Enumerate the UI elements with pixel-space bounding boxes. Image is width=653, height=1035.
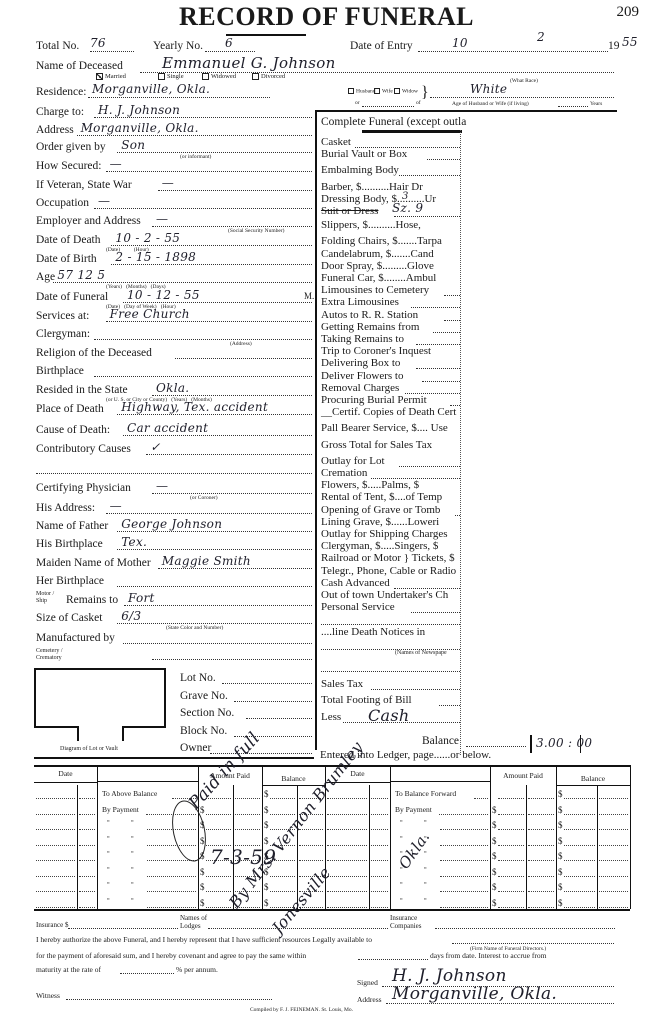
field-label: Services at: <box>36 310 89 322</box>
charge-item: Slippers, $..........Hose, <box>321 219 421 231</box>
charge-item: Autos to R. R. Station <box>321 309 418 321</box>
entry-year-prefix: 19 <box>608 40 620 52</box>
marital-married[interactable]: Married <box>96 73 126 80</box>
dollar-sign: $ <box>200 867 205 877</box>
charge-item: Folding Chairs, $.......Tarpa <box>321 235 442 247</box>
charge-item: Opening of Grave or Tomb <box>321 504 440 516</box>
ditto-mark: " <box>424 898 427 905</box>
dollar-sign: $ <box>558 836 563 846</box>
field-value[interactable]: — <box>110 157 122 171</box>
entry-month[interactable]: 10 <box>452 36 468 50</box>
field-value[interactable]: Car accident <box>127 421 208 435</box>
field-label: Certifying Physician <box>36 482 131 494</box>
race-label: (What Race) <box>510 78 538 84</box>
marital-divorced[interactable]: Divorced <box>252 73 285 80</box>
ditto-mark: " <box>400 898 403 905</box>
field-value[interactable]: — <box>110 499 122 513</box>
yearly-no-value[interactable]: 6 <box>225 36 233 50</box>
entry-day[interactable]: 2 <box>537 30 545 44</box>
charge-item: Trip to Coroner's Inquest <box>321 345 431 357</box>
field-value[interactable]: Free Church <box>110 307 190 321</box>
charge-item: Procuring Burial Permit <box>321 394 427 406</box>
field-input-line[interactable] <box>94 208 312 209</box>
charge-item: Burial Vault or Box <box>321 148 407 160</box>
date-of-entry-label: Date of Entry <box>350 40 413 52</box>
ditto-mark: " <box>424 882 427 889</box>
field-suffix: M. <box>304 291 314 301</box>
lot-field-input[interactable] <box>234 701 312 702</box>
field-hint: (Address) <box>230 341 252 347</box>
field-input-line[interactable] <box>152 226 312 227</box>
charge-item: __Certif. Copies of Death Cert <box>321 406 456 418</box>
field-value[interactable]: — <box>98 194 110 208</box>
entry-year-suffix[interactable]: 55 <box>622 35 638 49</box>
charge-item: Railroad or Motor } Tickets, $ <box>321 552 455 564</box>
field-value[interactable]: 57 12 5 <box>57 268 105 282</box>
field-value[interactable]: — <box>156 212 168 226</box>
field-input-line[interactable] <box>36 473 312 474</box>
field-label: If Veteran, State War <box>36 179 132 191</box>
charge-item: Outlay for Shipping Charges <box>321 528 448 540</box>
charge-item: Clergyman, $.....Singers, $ <box>321 540 438 552</box>
field-input-line[interactable] <box>152 493 312 494</box>
dollar-sign: $ <box>558 789 563 799</box>
marital-widowed[interactable]: Widowed <box>202 73 236 80</box>
residence-label: Residence: <box>36 86 86 98</box>
charge-item: Suit or Dress <box>321 205 378 217</box>
field-input-line[interactable] <box>117 414 312 415</box>
percent-text: % per annum. <box>176 965 218 974</box>
field-label: Religion of the Deceased <box>36 347 152 359</box>
field-input-line[interactable] <box>123 643 312 644</box>
charge-item: Embalming Body <box>321 164 399 176</box>
ditto-mark: " <box>107 836 110 843</box>
field-input-line[interactable] <box>117 549 312 550</box>
ditto-mark: " <box>107 867 110 874</box>
field-input-line[interactable] <box>175 358 312 359</box>
field-value[interactable]: 10 - 2 - 55 <box>115 231 180 245</box>
insurance-label: Insurance $ <box>36 921 68 929</box>
charge-item: Sales Tax <box>321 678 363 690</box>
charge-item: Cash Advanced <box>321 577 390 589</box>
lot-field-input[interactable] <box>222 683 312 684</box>
charge-item: Funeral Car, $........Ambul <box>321 272 436 284</box>
field-label: Charge to: <box>36 106 84 118</box>
field-label: Age <box>36 271 55 283</box>
brace: } <box>421 84 429 102</box>
ditto-mark: " <box>424 820 427 827</box>
field-label: Address <box>36 124 74 136</box>
charge-item: Less <box>321 711 341 723</box>
field-input-line[interactable] <box>94 339 312 340</box>
charge-item: Flowers, $.....Palms, $ <box>321 479 419 491</box>
total-no-value[interactable]: 76 <box>90 36 106 50</box>
maturity-text: maturity at the rate of <box>36 965 101 974</box>
charge-item: ....line Death Notices in <box>321 626 425 638</box>
race-value[interactable]: White <box>470 82 507 96</box>
field-hint: (Social Security Number) <box>228 228 285 234</box>
field-label: Birthplace <box>36 365 84 377</box>
charge-item: Deliver Flowers to <box>321 370 403 382</box>
authorize-text: I hereby authorize the above Funeral, an… <box>36 935 372 944</box>
charge-item: Rental of Tent, $....of Temp <box>321 491 442 503</box>
dollar-sign: $ <box>264 789 269 799</box>
field-label: Cemetery / Crematory <box>36 648 76 662</box>
yearly-no-label: Yearly No. <box>153 40 203 52</box>
ledger-row-label: By Payment <box>395 805 432 814</box>
field-hint: (State Color and Number) <box>166 625 223 631</box>
ledger-row-label: To Above Balance <box>102 789 157 798</box>
ditto-mark: " <box>400 836 403 843</box>
dollar-sign: $ <box>558 851 563 861</box>
payment-text: for the payment of aforesaid sum, and I … <box>36 951 306 960</box>
field-label: Cause of Death: <box>36 424 110 436</box>
field-hint: (or informant) <box>180 154 211 160</box>
ditto-mark: " <box>424 867 427 874</box>
deceased-name-label: Name of Deceased <box>36 60 123 72</box>
field-label: Place of Death <box>36 403 104 415</box>
charge-item: Pall Bearer Service, $.... Use <box>321 422 448 434</box>
ditto-mark: " <box>107 898 110 905</box>
field-input-line[interactable] <box>94 376 312 377</box>
lot-field-label: Owner <box>180 742 211 754</box>
ditto-mark: " <box>131 898 134 905</box>
spouse-of-label: of <box>416 100 421 106</box>
field-input-line[interactable] <box>77 135 312 136</box>
signed-value[interactable]: H. J. Johnson <box>392 966 507 986</box>
field-value[interactable]: Fort <box>128 591 155 605</box>
charge-item: Telegr., Phone, Cable or Radio <box>321 565 456 577</box>
charge-item: Door Spray, $.........Glove <box>321 260 434 272</box>
balance-label: Balance <box>422 735 459 747</box>
ditto-mark: " <box>400 882 403 889</box>
dollar-sign: $ <box>200 882 205 892</box>
field-label: Remains to <box>66 594 118 606</box>
field-label: Order given by <box>36 141 106 153</box>
field-input-line[interactable] <box>124 605 312 606</box>
dollar-sign: $ <box>264 805 269 815</box>
field-value[interactable]: 2 - 15 - 1898 <box>115 250 196 264</box>
lot-diagram-left-edge <box>34 668 36 728</box>
marital-single[interactable]: Single <box>158 73 184 80</box>
field-label: Size of Casket <box>36 612 102 624</box>
field-input-line[interactable] <box>94 117 312 118</box>
days-text: days from date. Interest to accrue from <box>430 951 546 960</box>
dollar-sign: $ <box>492 882 497 892</box>
dollar-sign: $ <box>558 820 563 830</box>
ledger-left-balance-header: Balance <box>262 774 325 783</box>
field-input-line[interactable] <box>111 264 312 265</box>
field-value[interactable]: H. J. Johnson <box>98 103 180 117</box>
field-label: Contributory Causes <box>36 443 131 455</box>
balance-value[interactable]: 3.00 : 00 <box>536 736 592 750</box>
lot-field-label: Grave No. <box>180 690 228 702</box>
field-value[interactable]: 10 - 12 - 55 <box>127 288 200 302</box>
dollar-sign: $ <box>558 867 563 877</box>
field-label: Date of Birth <box>36 253 97 265</box>
lot-field-input[interactable] <box>246 718 312 719</box>
age-spouse-label: Age of Husband or Wife (if living) <box>452 101 529 107</box>
ditto-mark: " <box>107 851 110 858</box>
field-value[interactable]: Okla. <box>156 381 189 395</box>
field-value[interactable]: — <box>162 176 174 190</box>
charge-item: Candelabrum, $.......Cand <box>321 248 434 260</box>
field-input-line[interactable] <box>117 152 312 153</box>
ledger-left-date-header: Date <box>34 769 97 778</box>
spouse-widow[interactable]: Widow <box>394 88 418 94</box>
field-value[interactable]: Highway, Tex. accident <box>121 400 268 414</box>
ditto-mark: " <box>131 851 134 858</box>
charge-item: Lining Grave, $......Loweri <box>321 516 439 528</box>
field-value[interactable]: Tex. <box>121 535 147 549</box>
ditto-mark: " <box>131 836 134 843</box>
spouse-or-label: or <box>355 100 360 106</box>
charge-item: Outlay for Lot <box>321 455 385 467</box>
field-label: Clergyman: <box>36 328 90 340</box>
field-label: Resided in the State <box>36 384 128 396</box>
dollar-sign: $ <box>200 898 205 908</box>
page-number: 209 <box>617 4 640 21</box>
field-input-line[interactable] <box>146 454 312 455</box>
charge-item: Limousines to Cemetery <box>321 284 429 296</box>
dollar-sign: $ <box>492 836 497 846</box>
ditto-mark: " <box>424 851 427 858</box>
charge-item: Total Footing of Bill <box>321 694 412 706</box>
field-hint: (or Coroner) <box>190 495 218 501</box>
field-label: Date of Funeral <box>36 291 108 303</box>
ditto-mark: " <box>107 820 110 827</box>
address-label: Address <box>357 995 382 1004</box>
field-value[interactable]: — <box>156 479 168 493</box>
ledger-row-label: By Payment <box>102 805 139 814</box>
signed-label: Signed <box>357 978 378 987</box>
field-input-line[interactable] <box>158 190 312 191</box>
ledger-right-balance-header: Balance <box>556 774 630 783</box>
deceased-name-value[interactable]: Emmanuel G. Johnson <box>162 54 336 72</box>
charge-item: Extra Limousines <box>321 296 399 308</box>
field-label: Her Birthplace <box>36 575 104 587</box>
page-title: RECORD OF FUNERAL <box>0 2 653 32</box>
field-value[interactable]: Morganville, Okla. <box>81 121 199 135</box>
field-label: Manufactured by <box>36 632 115 644</box>
charge-item: Taking Remains to <box>321 333 404 345</box>
field-label: His Birthplace <box>36 538 103 550</box>
charge-item: Cremation <box>321 467 367 479</box>
field-input-line[interactable] <box>152 395 312 396</box>
charge-item: Personal Service <box>321 601 395 613</box>
field-input-line[interactable] <box>123 302 312 303</box>
charge-item: (Names of Newspape <box>395 650 447 656</box>
dollar-sign: $ <box>558 805 563 815</box>
insurance-companies-label: Insurance Companies <box>390 914 435 930</box>
spouse-wife[interactable]: Wife <box>374 88 393 94</box>
field-input-line[interactable] <box>106 513 312 514</box>
field-input-line[interactable] <box>123 435 312 436</box>
dollar-sign: $ <box>492 805 497 815</box>
title-rule <box>226 34 306 36</box>
ledger-row-label: To Balance Forward <box>395 789 456 798</box>
charge-item: Gross Total for Sales Tax <box>321 439 432 451</box>
dollar-sign: $ <box>558 898 563 908</box>
remains-transport-prefix: Motor / Ship <box>36 591 58 605</box>
field-input-line[interactable] <box>117 586 312 587</box>
ditto-mark: " <box>131 820 134 827</box>
years-label: Years <box>590 101 602 107</box>
dollar-sign: $ <box>264 882 269 892</box>
less-value[interactable]: Cash <box>368 706 410 725</box>
dollar-sign: $ <box>492 851 497 861</box>
field-input-line[interactable] <box>106 321 312 322</box>
field-input-line[interactable] <box>117 531 312 532</box>
ledger-right-amount-header: Amount Paid <box>490 771 556 780</box>
charges-heading: Complete Funeral (except outla <box>321 116 466 128</box>
field-value[interactable]: George Johnson <box>121 517 222 531</box>
ditto-mark: " <box>400 820 403 827</box>
field-label: Name of Father <box>36 520 108 532</box>
dollar-sign: $ <box>492 898 497 908</box>
field-input-line[interactable] <box>53 282 312 283</box>
total-no-label: Total No. <box>36 40 79 52</box>
lot-field-label: Section No. <box>180 707 234 719</box>
field-input-line[interactable] <box>158 568 312 569</box>
field-input-line[interactable] <box>117 623 312 624</box>
charge-item: Out of town Undertaker's Ch <box>321 589 448 601</box>
suit-value[interactable]: Sz. 9 <box>392 201 423 215</box>
ditto-mark: " <box>107 882 110 889</box>
lot-field-label: Block No. <box>180 725 227 737</box>
field-value[interactable]: Maggie Smith <box>162 554 251 568</box>
residence-value[interactable]: Morganville, Okla. <box>92 82 210 96</box>
field-label: Date of Death <box>36 234 101 246</box>
dollar-sign: $ <box>558 882 563 892</box>
field-input-line[interactable] <box>152 659 312 660</box>
charge-item: Casket <box>321 136 351 148</box>
dollar-sign: $ <box>492 820 497 830</box>
dollar-sign: $ <box>264 898 269 908</box>
charge-item: Removal Charges <box>321 382 399 394</box>
ditto-mark: " <box>131 867 134 874</box>
dollar-sign: $ <box>492 867 497 877</box>
dollar-sign: $ <box>264 820 269 830</box>
lot-diagram-right-edge <box>164 668 166 728</box>
spouse-husband[interactable]: Husband <box>348 88 376 94</box>
lot-diagram-label: Diagram of Lot or Vault <box>60 746 118 752</box>
signer-address-value[interactable]: Morganville, Okla. <box>392 984 557 1004</box>
ditto-mark: " <box>131 882 134 889</box>
charge-item: Delivering Box to <box>321 357 400 369</box>
field-value[interactable]: ✓ <box>150 440 160 454</box>
field-label: Maiden Name of Mother <box>36 557 151 569</box>
field-label: Occupation <box>36 197 89 209</box>
lot-field-label: Lot No. <box>180 672 216 684</box>
witness-label: Witness <box>36 991 60 1000</box>
compiled-by: Compiled by F. J. FEINEMAN. St. Louis, M… <box>250 1007 353 1013</box>
field-label: How Secured: <box>36 160 101 172</box>
field-value[interactable]: 6/3 <box>121 609 141 623</box>
field-input-line[interactable] <box>111 245 312 246</box>
field-value[interactable]: Son <box>121 138 145 152</box>
field-label: Employer and Address <box>36 215 141 227</box>
charge-item: Getting Remains from <box>321 321 419 333</box>
field-input-line[interactable] <box>106 171 312 172</box>
field-label: His Address: <box>36 502 95 514</box>
